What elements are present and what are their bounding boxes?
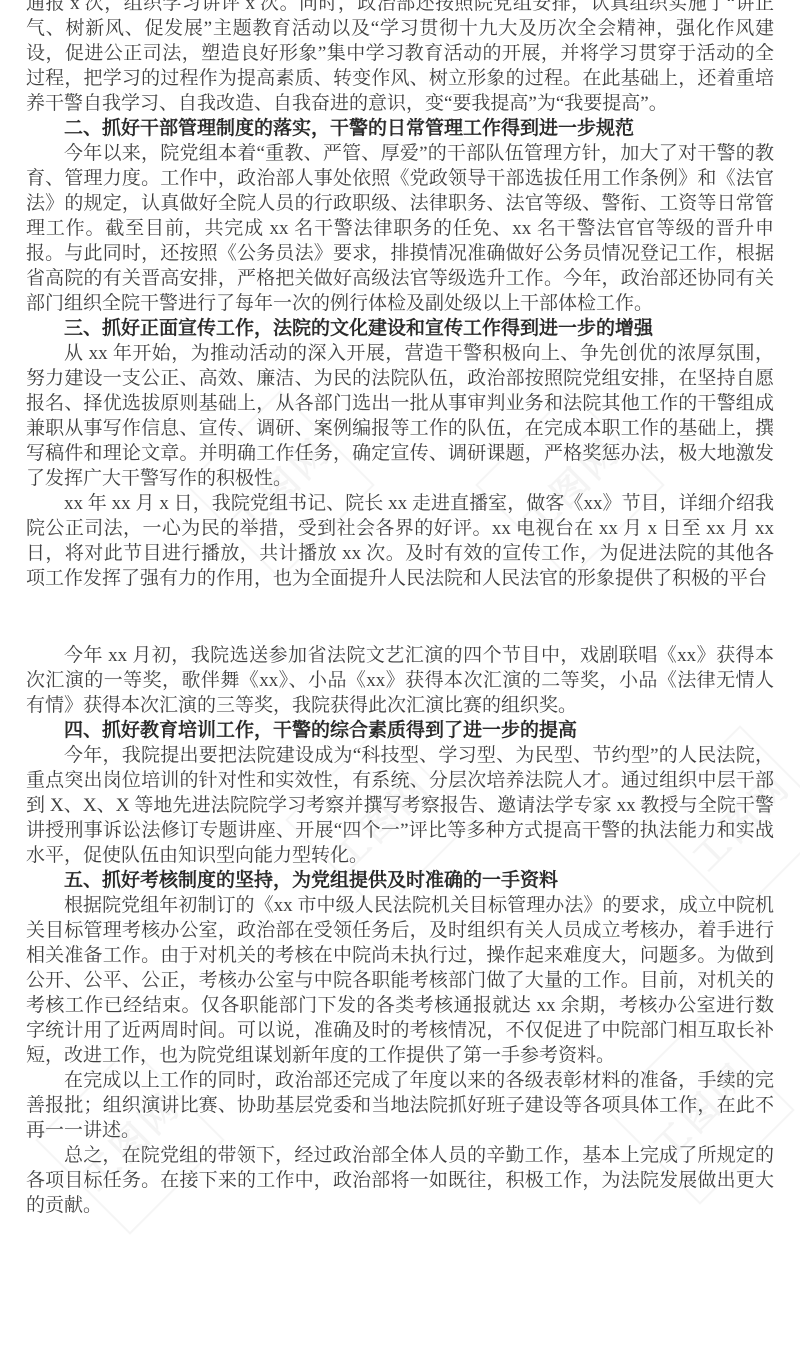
document-page-surface: 工图网工图网工图网工图网工图网工图网 通报 x 次，组织学习讲评 x 次。同时，…: [0, 0, 800, 1367]
section-heading: 二、抓好干部管理制度的落实，干警的日常管理工作得到进一步规范: [26, 116, 774, 141]
paragraph: 今年，我院提出要把法院建设成为“科技型、学习型、为民型、节约型”的人民法院，重点…: [26, 743, 774, 868]
paragraph: 从 xx 年开始，为推动活动的深入开展，营造干警积极向上、争先创优的浓厚氛围，努…: [26, 341, 774, 491]
paragraph: 总之，在院党组的带领下，经过政治部全体人员的辛勤工作，基本上完成了所规定的各项目…: [26, 1143, 774, 1218]
paragraph: 今年 xx 月初，我院选送参加省法院文艺汇演的四个节目中，戏剧联唱《xx》获得本…: [26, 643, 774, 718]
paragraph: 今年以来，院党组本着“重教、严管、厚爱”的干部队伍管理方针，加大了对干警的教育、…: [26, 141, 774, 316]
document-body: 通报 x 次，组织学习讲评 x 次。同时，政治部还按照院党组安排，认真组织实施了…: [26, 0, 774, 1218]
section-heading: 四、抓好教育培训工作，干警的综合素质得到了进一步的提高: [26, 718, 774, 743]
paragraph: 根据院党组年初制订的《xx 市中级人民法院机关目标管理办法》的要求，成立中院机关…: [26, 893, 774, 1068]
section-heading: 五、抓好考核制度的坚持，为党组提供及时准确的一手资料: [26, 868, 774, 893]
paragraph: 在完成以上工作的同时，政治部还完成了年度以来的各级表彰材料的准备，手续的完善报批…: [26, 1068, 774, 1143]
paragraph: xx 年 xx 月 x 日，我院党组书记、院长 xx 走进直播室，做客《xx》节…: [26, 491, 774, 591]
paragraph-spacer: [26, 591, 774, 643]
paragraph: 通报 x 次，组织学习讲评 x 次。同时，政治部还按照院党组安排，认真组织实施了…: [26, 0, 774, 116]
section-heading: 三、抓好正面宣传工作，法院的文化建设和宣传工作得到进一步的增强: [26, 316, 774, 341]
document-page: { "page": { "background": "#ffffff", "te…: [0, 0, 800, 1367]
